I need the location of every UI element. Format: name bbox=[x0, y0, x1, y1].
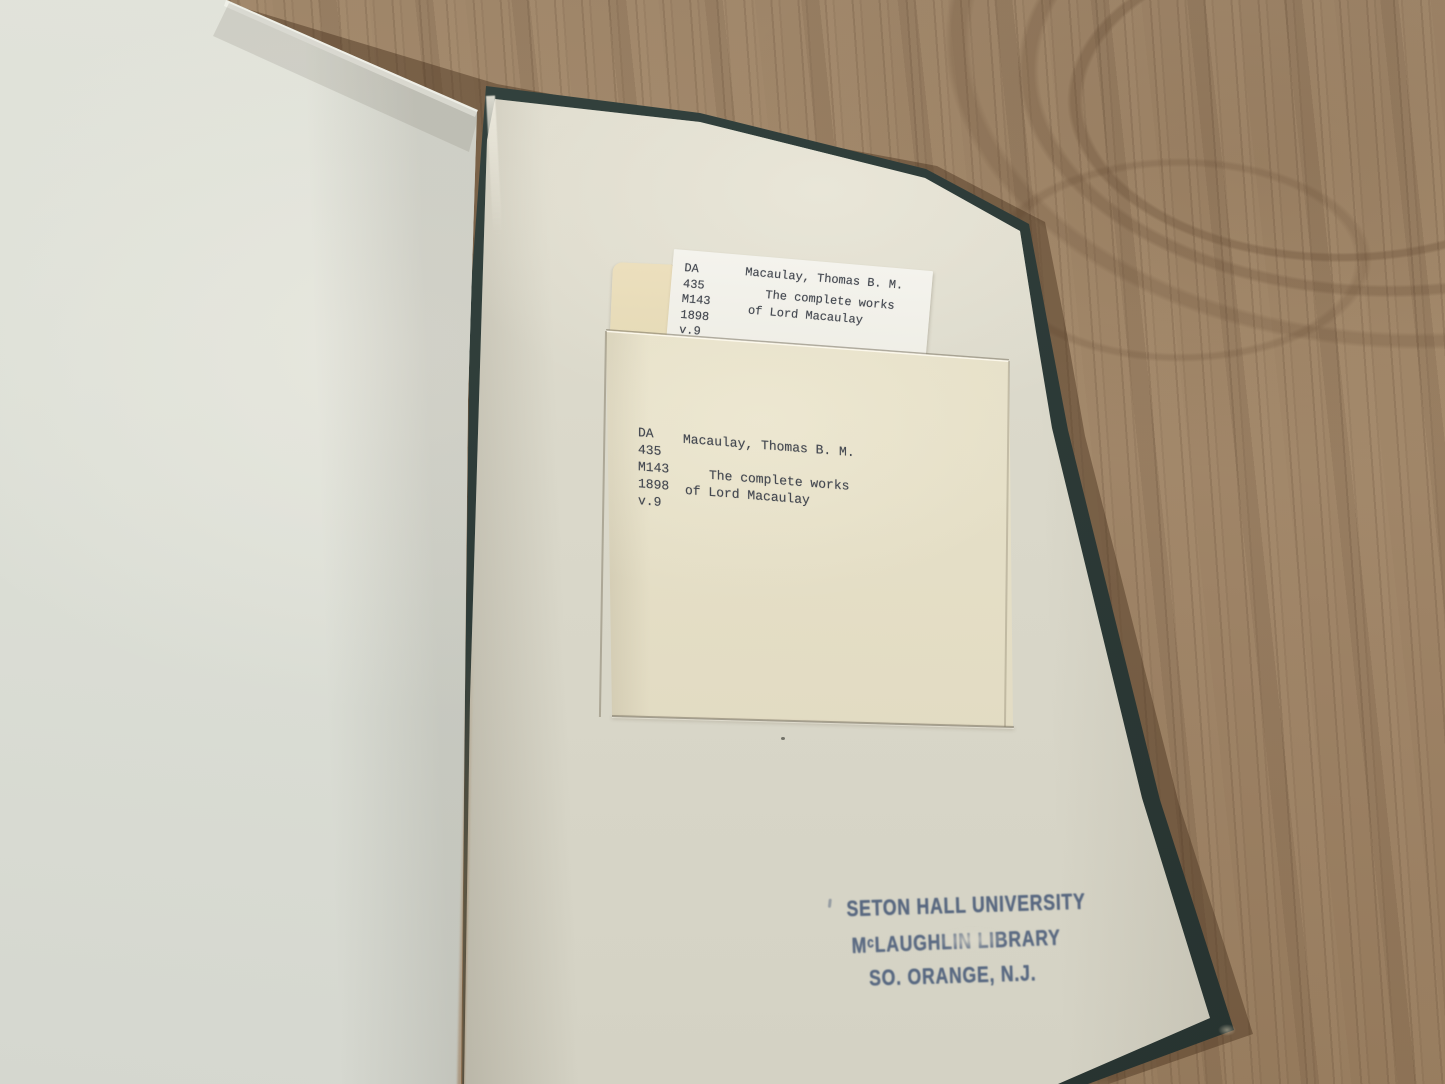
cover-corner-fray bbox=[1218, 1024, 1236, 1036]
paper-speck bbox=[781, 737, 785, 740]
library-stamp: SETON HALL UNIVERSITY McLAUGHLIN LIBRARY… bbox=[822, 885, 1065, 1004]
card-call-line: DA bbox=[684, 261, 714, 279]
pocket-flap-tab bbox=[610, 262, 674, 340]
photo-scene: DA 435 M143 1898 v.9 Macaulay, Thomas B.… bbox=[0, 0, 1445, 1084]
pocket-call-line: v.9 bbox=[638, 492, 669, 511]
stamp-line-2-part: M bbox=[851, 932, 867, 958]
pocket-call-number: DA 435 M143 1898 v.9 bbox=[638, 424, 669, 511]
stamp-edge-mark bbox=[828, 899, 832, 908]
card-call-line: M143 bbox=[681, 292, 711, 310]
stamp-line-3: SO. ORANGE, N.J. bbox=[856, 956, 1049, 996]
stamp-fade-patch bbox=[923, 923, 1020, 956]
card-call-number: DA 435 M143 1898 v.9 bbox=[678, 261, 713, 341]
